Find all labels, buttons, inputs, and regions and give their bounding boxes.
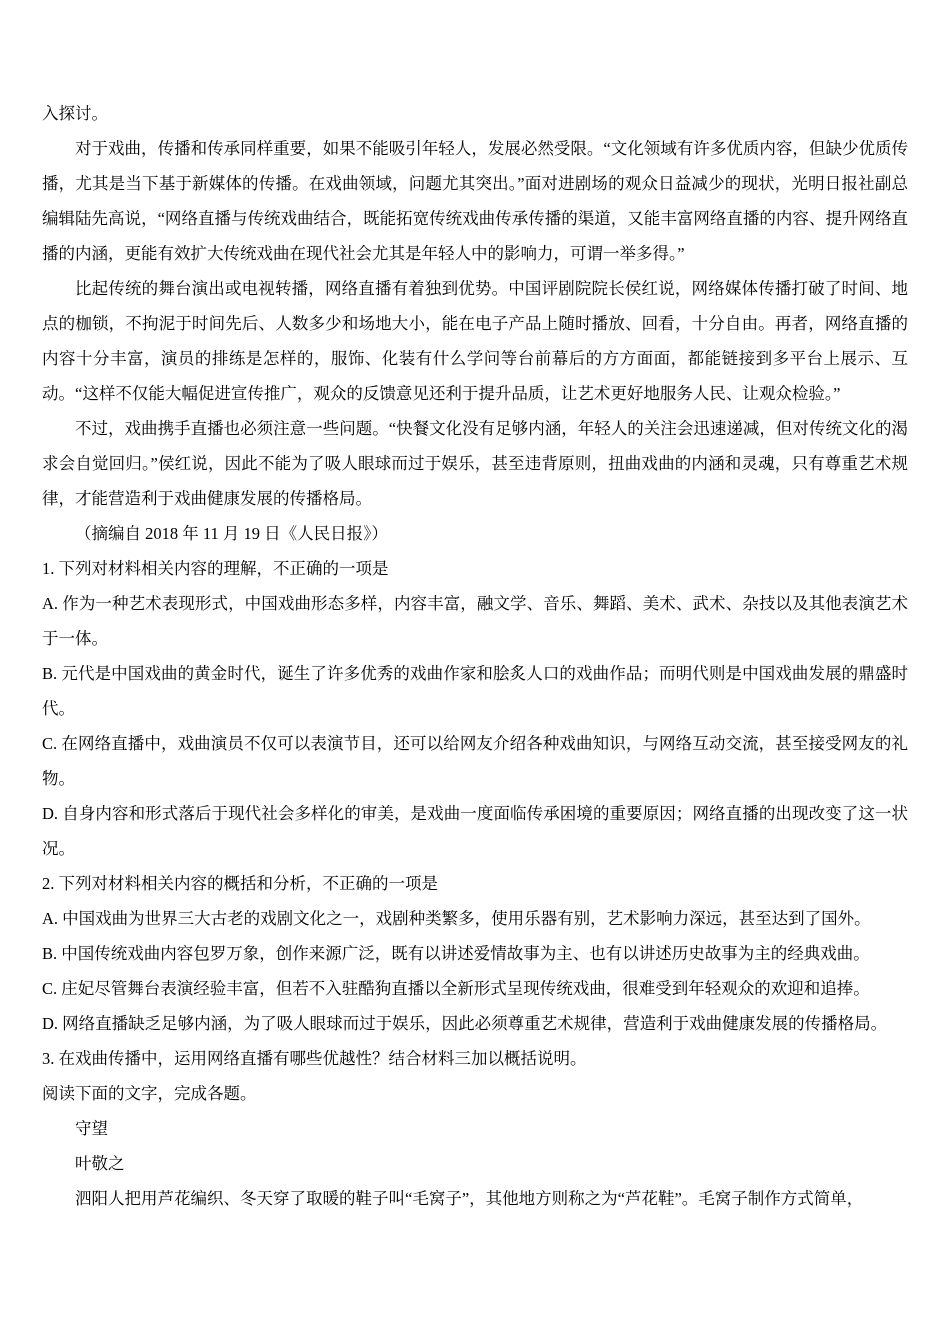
reading-instruction: 阅读下面的文字，完成各题。 — [42, 1076, 908, 1111]
essay-paragraph-1: 泗阳人把用芦花编织、冬天穿了取暖的鞋子叫“毛窝子”，其他地方则称之为“芦花鞋”。… — [42, 1181, 908, 1216]
material-paragraph-2: 比起传统的舞台演出或电视转播，网络直播有着独到优势。中国评剧院院长侯红说，网络媒… — [42, 271, 908, 411]
question-2-option-d: D. 网络直播缺乏足够内涵，为了吸人眼球而过于娱乐，因此必须尊重艺术规律，营造利… — [42, 1006, 908, 1041]
material-paragraph-3: 不过，戏曲携手直播也必须注意一些问题。“快餐文化没有足够内涵，年轻人的关注会迅速… — [42, 411, 908, 516]
question-1-option-d: D. 自身内容和形式落后于现代社会多样化的审美，是戏曲一度面临传承困境的重要原因… — [42, 796, 908, 866]
question-1-option-b: B. 元代是中国戏曲的黄金时代，诞生了许多优秀的戏曲作家和脍炙人口的戏曲作品；而… — [42, 656, 908, 726]
question-2-option-c: C. 庄妃尽管舞台表演经验丰富，但若不入驻酷狗直播以全新形式呈现传统戏曲，很难受… — [42, 971, 908, 1006]
question-3-stem: 3. 在戏曲传播中，运用网络直播有哪些优越性？结合材料三加以概括说明。 — [42, 1041, 908, 1076]
source-citation: （摘编自 2018 年 11 月 19 日《人民日报》） — [42, 516, 908, 551]
question-1-option-c: C. 在网络直播中，戏曲演员不仅可以表演节目，还可以给网友介绍各种戏曲知识，与网… — [42, 726, 908, 796]
material-paragraph-1: 对于戏曲，传播和传承同样重要，如果不能吸引年轻人，发展必然受限。“文化领域有许多… — [42, 131, 908, 271]
question-2-option-a: A. 中国戏曲为世界三大古老的戏剧文化之一，戏剧种类繁多，使用乐器有别，艺术影响… — [42, 901, 908, 936]
essay-author: 叶敬之 — [42, 1146, 908, 1181]
essay-title: 守望 — [42, 1111, 908, 1146]
document-page: 入探讨。 对于戏曲，传播和传承同样重要，如果不能吸引年轻人，发展必然受限。“文化… — [0, 0, 950, 1344]
question-1-option-a: A. 作为一种艺术表现形式，中国戏曲形态多样，内容丰富，融文学、音乐、舞蹈、美术… — [42, 586, 908, 656]
question-1-stem: 1. 下列对材料相关内容的理解，不正确的一项是 — [42, 551, 908, 586]
question-2-stem: 2. 下列对材料相关内容的概括和分析，不正确的一项是 — [42, 866, 908, 901]
question-2-option-b: B. 中国传统戏曲内容包罗万象，创作来源广泛，既有以讲述爱情故事为主、也有以讲述… — [42, 936, 908, 971]
continuation-line: 入探讨。 — [42, 96, 908, 131]
